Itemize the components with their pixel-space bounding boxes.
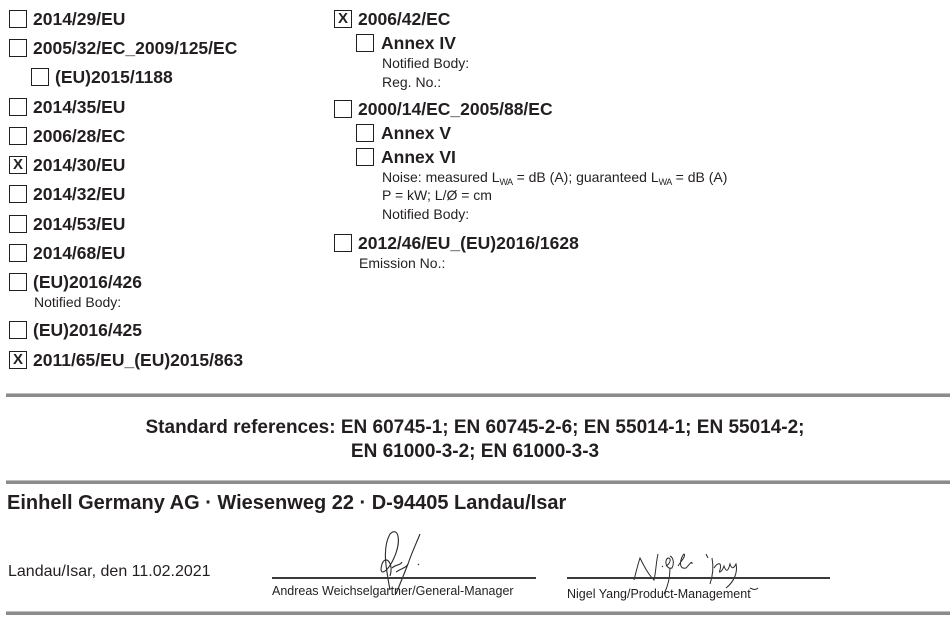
directive-label: 2005/32/EC_2009/125/EC <box>33 38 237 58</box>
signature-line <box>567 577 830 579</box>
noise-prefix: Noise: measured L <box>382 169 500 185</box>
divider <box>6 480 950 484</box>
directive-label: 2006/28/EC <box>33 126 125 146</box>
power-length-line: P = kW; L/Ø = cm <box>382 187 492 203</box>
directive-label: 2014/29/EU <box>33 9 125 29</box>
directive-label: 2006/42/EC <box>358 9 450 29</box>
checkbox[interactable] <box>9 273 27 291</box>
directive-label: 2014/53/EU <box>33 214 125 234</box>
directive-label: 2014/30/EU <box>33 155 125 175</box>
directive-label: (EU)2015/1188 <box>55 67 173 87</box>
company-address: Einhell Germany AG · Wiesenweg 22 · D-94… <box>7 491 566 515</box>
emission-no-label: Emission No.: <box>359 255 445 271</box>
reg-no-label: Reg. No.: <box>382 74 441 90</box>
checkbox[interactable] <box>9 10 27 28</box>
annex-iv-label: Annex IV <box>381 33 456 53</box>
directive-label: 2012/46/EU_(EU)2016/1628 <box>358 233 579 253</box>
divider <box>6 611 950 615</box>
signatory-name-title: Andreas Weichselgartner/General-Manager <box>272 584 514 598</box>
signature-line <box>272 577 536 579</box>
checkbox[interactable] <box>31 68 49 86</box>
checkbox[interactable] <box>9 39 27 57</box>
directive-label: (EU)2016/426 <box>33 272 142 292</box>
directive-label: 2011/65/EU_(EU)2015/863 <box>33 350 243 370</box>
directive-label: 2000/14/EC_2005/88/EC <box>358 99 553 119</box>
checkbox-checked[interactable]: X <box>9 156 27 174</box>
checkbox-checked[interactable]: X <box>334 10 352 28</box>
checkbox[interactable] <box>334 234 352 252</box>
checkbox[interactable] <box>9 98 27 116</box>
notified-body-label: Notified Body: <box>382 55 469 71</box>
noise-suffix: = dB (A) <box>672 169 728 185</box>
checkbox[interactable] <box>356 124 374 142</box>
directive-label: 2014/32/EU <box>33 184 125 204</box>
lwa-subscript: WA <box>659 177 672 187</box>
checkbox[interactable] <box>9 321 27 339</box>
lwa-subscript: WA <box>500 177 513 187</box>
noise-mid: = dB (A); guaranteed L <box>513 169 659 185</box>
notified-body-label: Notified Body: <box>34 294 121 310</box>
checkbox[interactable] <box>9 215 27 233</box>
checkbox[interactable] <box>9 185 27 203</box>
annex-vi-label: Annex VI <box>381 147 456 167</box>
directive-label: (EU)2016/425 <box>33 320 142 340</box>
signatory-name-title: Nigel Yang/Product-Management <box>567 587 751 601</box>
place-date: Landau/Isar, den 11.02.2021 <box>8 562 211 582</box>
checkbox-checked[interactable]: X <box>9 351 27 369</box>
directive-label: 2014/68/EU <box>33 243 125 263</box>
notified-body-label: Notified Body: <box>382 206 469 222</box>
annex-v-label: Annex V <box>381 123 451 143</box>
checkbox[interactable] <box>9 127 27 145</box>
standard-references-line1: Standard references: EN 60745-1; EN 6074… <box>0 416 950 440</box>
checkbox[interactable] <box>356 34 374 52</box>
standard-references-line2: EN 61000-3-2; EN 61000-3-3 <box>0 440 950 464</box>
checkbox[interactable] <box>356 148 374 166</box>
checkbox[interactable] <box>334 100 352 118</box>
checkbox[interactable] <box>9 244 27 262</box>
directive-label: 2014/35/EU <box>33 97 125 117</box>
divider <box>6 393 950 397</box>
